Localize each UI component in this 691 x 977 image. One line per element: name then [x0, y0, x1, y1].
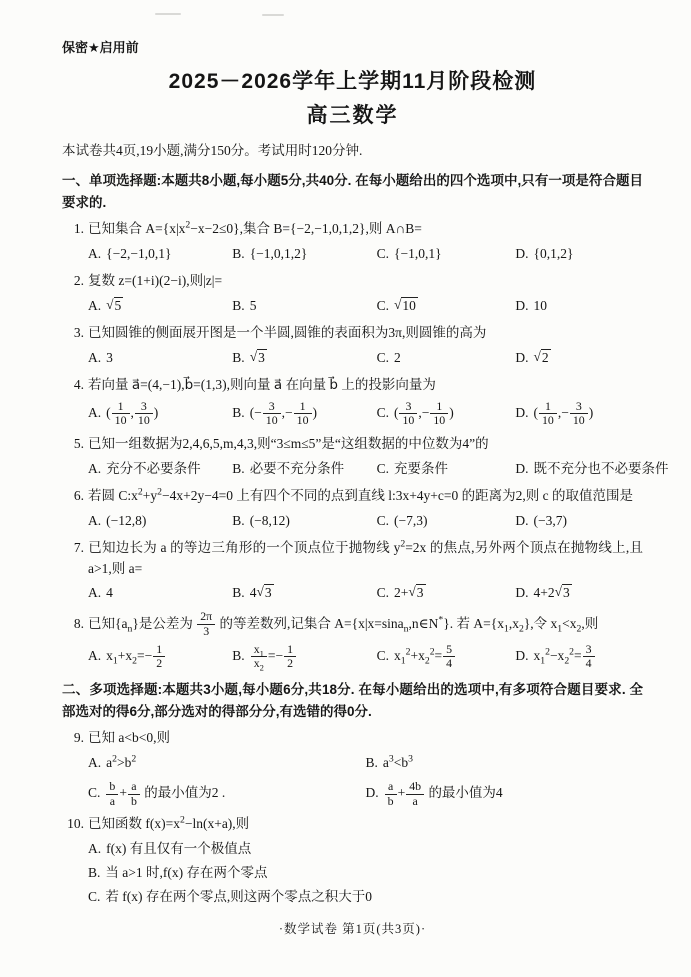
scan-artifact: [262, 14, 284, 16]
option-text: (110,−310): [533, 405, 593, 420]
question-2: 2.复数 z=(1+i)(2−i),则|z|= A.√5 B.5 C.√10 D…: [62, 271, 643, 317]
question-10-options: A.f(x) 有且仅有一个极值点 B.当 a>1 时,f(x) 存在两个零点 C…: [62, 839, 643, 908]
option-d: D.x12−x22=34: [515, 643, 643, 671]
option-text: ba+ab 的最小值为2 .: [105, 785, 225, 800]
option-text: 既不充分也不必要条件: [533, 461, 668, 476]
question-5-options: A.充分不必要条件 B.必要不充分条件 C.充要条件 D.既不充分也不必要条件: [62, 459, 643, 480]
question-stem-text: 已知边长为 a 的等边三角形的一个顶点位于抛物线 y2=2x 的焦点,另外两个顶…: [88, 540, 643, 576]
question-stem-text: 已知函数 f(x)=x2−ln(x+a),则: [88, 816, 249, 831]
option-label: D.: [515, 246, 528, 261]
option-a: A.3: [88, 348, 232, 369]
option-b: B.(−8,12): [232, 511, 376, 532]
option-label: A.: [88, 298, 101, 313]
question-number: 8.: [62, 614, 88, 635]
question-8: 8.已知{an}是公差为 2π3 的等差数列,记集合 A={x|x=sinan,…: [62, 610, 643, 671]
question-4: 4.若向量 a⃗=(4,−1),b⃗=(1,3),则向量 a⃗ 在向量 b⃗ 上…: [62, 375, 643, 428]
option-b: B.x1x2=−12: [232, 643, 376, 671]
option-label: C.: [377, 298, 389, 313]
question-number: 1.: [62, 219, 88, 240]
option-a: A.{−2,−1,0,1}: [88, 244, 232, 265]
option-d: D.(−3,7): [515, 511, 643, 532]
option-text: x1+x2=−12: [106, 648, 166, 663]
option-c: C.若 f(x) 存在两个零点,则这两个零点之积大于0: [88, 887, 643, 908]
option-label: B.: [232, 461, 244, 476]
question-5: 5.已知一组数据为2,4,6,5,m,4,3,则“3≤m≤5”是“这组数据的中位…: [62, 434, 643, 480]
option-d: D.10: [515, 296, 643, 317]
option-a: A.充分不必要条件: [88, 459, 232, 480]
question-number: 3.: [62, 323, 88, 344]
option-label: A.: [88, 585, 101, 600]
question-7-options: A.4 B.4√3 C.2+√3 D.4+2√3: [62, 583, 643, 604]
option-c: C.√10: [377, 296, 516, 317]
option-label: C.: [377, 405, 389, 420]
question-10-stem: 10.已知函数 f(x)=x2−ln(x+a),则: [62, 814, 643, 835]
option-a: A.f(x) 有且仅有一个极值点: [88, 839, 643, 860]
option-c: C.(310,−110): [377, 400, 516, 428]
option-text: √5: [106, 298, 123, 313]
question-5-stem: 5.已知一组数据为2,4,6,5,m,4,3,则“3≤m≤5”是“这组数据的中位…: [62, 434, 643, 455]
option-text: 2: [394, 350, 401, 365]
option-label: A.: [88, 461, 101, 476]
option-text: (310,−110): [394, 405, 454, 420]
option-label: A.: [88, 405, 101, 420]
exam-page: 保密★启用前 2025－2026学年上学期11月阶段检测 高三数学 本试卷共4页…: [0, 0, 691, 977]
option-text: (−8,12): [250, 513, 290, 528]
option-d: D.√2: [515, 348, 643, 369]
question-7: 7.已知边长为 a 的等边三角形的一个顶点位于抛物线 y2=2x 的焦点,另外两…: [62, 538, 643, 605]
option-label: A.: [88, 841, 101, 856]
section1-heading: 一、单项选择题:本题共8小题,每小题5分,共40分. 在每小题给出的四个选项中,…: [62, 170, 643, 213]
option-text: a3<b3: [383, 755, 413, 770]
question-stem-text: 若圆 C:x2+y2−4x+2y−4=0 上有四个不同的点到直线 l:3x+4y…: [88, 488, 633, 503]
option-b: B.当 a>1 时,f(x) 存在两个零点: [88, 863, 643, 884]
option-text: {−2,−1,0,1}: [106, 246, 171, 261]
option-label: C.: [377, 648, 389, 663]
option-label: B.: [232, 648, 244, 663]
option-text: 10: [533, 298, 547, 313]
question-number: 4.: [62, 375, 88, 396]
question-4-stem: 4.若向量 a⃗=(4,−1),b⃗=(1,3),则向量 a⃗ 在向量 b⃗ 上…: [62, 375, 643, 396]
question-number: 2.: [62, 271, 88, 292]
option-text: 若 f(x) 存在两个零点,则这两个零点之积大于0: [105, 889, 372, 904]
question-stem-text: 已知{an}是公差为 2π3 的等差数列,记集合 A={x|x=sinan,n∈…: [88, 616, 598, 631]
option-b: B.√3: [232, 348, 376, 369]
option-label: D.: [515, 350, 528, 365]
option-b: B.a3<b3: [366, 753, 644, 774]
option-label: D.: [515, 648, 528, 663]
question-8-options: A.x1+x2=−12 B.x1x2=−12 C.x12+x22=54 D.x1…: [62, 643, 643, 671]
scan-artifact: [155, 13, 181, 15]
option-c: C.x12+x22=54: [377, 643, 516, 671]
question-stem-text: 已知集合 A={x|x2−x−2≤0},集合 B={−2,−1,0,1,2},则…: [88, 221, 422, 236]
option-text: a2>b2: [106, 755, 136, 770]
question-number: 7.: [62, 538, 88, 559]
option-c: C.2+√3: [377, 583, 516, 604]
question-2-options: A.√5 B.5 C.√10 D.10: [62, 296, 643, 317]
option-b: B.(−310,−110): [232, 400, 376, 428]
option-c: C.(−7,3): [377, 511, 516, 532]
section2-heading: 二、多项选择题:本题共3小题,每小题6分,共18分. 在每小题给出的选项中,有多…: [62, 679, 643, 722]
question-3-options: A.3 B.√3 C.2 D.√2: [62, 348, 643, 369]
exam-subtitle: 高三数学: [62, 100, 643, 133]
option-d: D.既不充分也不必要条件: [515, 459, 643, 480]
option-label: D.: [515, 298, 528, 313]
option-a: A.(110,310): [88, 400, 232, 428]
option-text: (110,310): [106, 405, 158, 420]
option-text: 必要不充分条件: [250, 461, 345, 476]
option-text: {−1,0,1}: [394, 246, 442, 261]
option-d: D.{0,1,2}: [515, 244, 643, 265]
option-text: 充分不必要条件: [106, 461, 201, 476]
option-text: 充要条件: [394, 461, 448, 476]
question-7-stem: 7.已知边长为 a 的等边三角形的一个顶点位于抛物线 y2=2x 的焦点,另外两…: [62, 538, 643, 580]
option-text: x12+x22=54: [394, 648, 456, 663]
option-label: D.: [366, 785, 379, 800]
question-number: 5.: [62, 434, 88, 455]
option-label: B.: [88, 865, 100, 880]
option-text: 当 a>1 时,f(x) 存在两个零点: [105, 865, 267, 880]
option-text: √2: [533, 350, 550, 365]
option-a: A.√5: [88, 296, 232, 317]
question-9-stem: 9.已知 a<b<0,则: [62, 728, 643, 749]
option-text: f(x) 有且仅有一个极值点: [106, 841, 251, 856]
question-stem-text: 若向量 a⃗=(4,−1),b⃗=(1,3),则向量 a⃗ 在向量 b⃗ 上的投…: [88, 377, 436, 392]
option-d: D.4+2√3: [515, 583, 643, 604]
option-text: √3: [250, 350, 267, 365]
option-text: 4√3: [250, 585, 274, 600]
question-10: 10.已知函数 f(x)=x2−ln(x+a),则 A.f(x) 有且仅有一个极…: [62, 814, 643, 908]
option-text: x1x2=−12: [250, 648, 297, 663]
option-c: C.{−1,0,1}: [377, 244, 516, 265]
option-label: D.: [515, 461, 528, 476]
page-footer: ·数学试卷 第1页(共3页)·: [62, 920, 643, 939]
question-number: 10.: [62, 814, 88, 835]
option-label: B.: [232, 585, 244, 600]
option-b: B.必要不充分条件: [232, 459, 376, 480]
option-text: 5: [250, 298, 257, 313]
option-text: (−12,8): [106, 513, 146, 528]
option-text: {0,1,2}: [533, 246, 573, 261]
option-d: D.(110,−310): [515, 400, 643, 428]
question-9: 9.已知 a<b<0,则 A.a2>b2 B.a3<b3 C.ba+ab 的最小…: [62, 728, 643, 808]
option-c: C.ba+ab 的最小值为2 .: [88, 780, 366, 808]
option-label: D.: [515, 585, 528, 600]
question-1-options: A.{−2,−1,0,1} B.{−1,0,1,2} C.{−1,0,1} D.…: [62, 244, 643, 265]
option-label: A.: [88, 246, 101, 261]
question-3: 3.已知圆锥的侧面展开图是一个半圆,圆锥的表面积为3π,则圆锥的高为 A.3 B…: [62, 323, 643, 369]
option-text: x12−x22=34: [533, 648, 595, 663]
question-1: 1.已知集合 A={x|x2−x−2≤0},集合 B={−2,−1,0,1,2}…: [62, 219, 643, 265]
option-label: B.: [232, 246, 244, 261]
option-text: 2+√3: [394, 585, 426, 600]
question-6-stem: 6.若圆 C:x2+y2−4x+2y−4=0 上有四个不同的点到直线 l:3x+…: [62, 486, 643, 507]
question-number: 9.: [62, 728, 88, 749]
option-label: C.: [88, 785, 100, 800]
option-c: C.充要条件: [377, 459, 516, 480]
option-label: A.: [88, 648, 101, 663]
option-label: C.: [377, 513, 389, 528]
option-label: B.: [232, 513, 244, 528]
option-label: C.: [377, 585, 389, 600]
option-text: 4+2√3: [533, 585, 571, 600]
question-6-options: A.(−12,8) B.(−8,12) C.(−7,3) D.(−3,7): [62, 511, 643, 532]
option-a: A.x1+x2=−12: [88, 643, 232, 671]
security-notice: 保密★启用前: [62, 38, 643, 58]
question-2-stem: 2.复数 z=(1+i)(2−i),则|z|=: [62, 271, 643, 292]
option-text: √10: [394, 298, 418, 313]
option-text: ab+4ba 的最小值为4: [384, 785, 503, 800]
question-4-options: A.(110,310) B.(−310,−110) C.(310,−110) D…: [62, 400, 643, 428]
option-label: D.: [515, 513, 528, 528]
option-label: B.: [232, 298, 244, 313]
option-label: A.: [88, 755, 101, 770]
option-a: A.4: [88, 583, 232, 604]
question-1-stem: 1.已知集合 A={x|x2−x−2≤0},集合 B={−2,−1,0,1,2}…: [62, 219, 643, 240]
option-label: C.: [377, 461, 389, 476]
question-8-stem: 8.已知{an}是公差为 2π3 的等差数列,记集合 A={x|x=sinan,…: [62, 610, 643, 638]
option-label: B.: [366, 755, 378, 770]
option-b: B.4√3: [232, 583, 376, 604]
option-b: B.5: [232, 296, 376, 317]
question-stem-text: 复数 z=(1+i)(2−i),则|z|=: [88, 273, 222, 288]
option-label: A.: [88, 350, 101, 365]
exam-info-line: 本试卷共4页,19小题,满分150分。考试用时120分钟.: [62, 141, 643, 162]
option-label: D.: [515, 405, 528, 420]
option-text: (−7,3): [394, 513, 427, 528]
option-label: A.: [88, 513, 101, 528]
option-label: B.: [232, 405, 244, 420]
option-c: C.2: [377, 348, 516, 369]
question-9-options: A.a2>b2 B.a3<b3 C.ba+ab 的最小值为2 . D.ab+4b…: [62, 753, 643, 808]
option-a: A.(−12,8): [88, 511, 232, 532]
option-a: A.a2>b2: [88, 753, 366, 774]
option-text: (−310,−110): [250, 405, 317, 420]
option-label: B.: [232, 350, 244, 365]
option-d: D.ab+4ba 的最小值为4: [366, 780, 644, 808]
option-text: 3: [106, 350, 113, 365]
option-label: C.: [88, 889, 100, 904]
question-stem-text: 已知圆锥的侧面展开图是一个半圆,圆锥的表面积为3π,则圆锥的高为: [88, 325, 486, 340]
option-text: 4: [106, 585, 113, 600]
question-stem-text: 已知 a<b<0,则: [88, 730, 170, 745]
option-text: (−3,7): [533, 513, 566, 528]
option-b: B.{−1,0,1,2}: [232, 244, 376, 265]
question-stem-text: 已知一组数据为2,4,6,5,m,4,3,则“3≤m≤5”是“这组数据的中位数为…: [88, 436, 489, 451]
exam-title: 2025－2026学年上学期11月阶段检测: [62, 68, 643, 96]
question-3-stem: 3.已知圆锥的侧面展开图是一个半圆,圆锥的表面积为3π,则圆锥的高为: [62, 323, 643, 344]
question-6: 6.若圆 C:x2+y2−4x+2y−4=0 上有四个不同的点到直线 l:3x+…: [62, 486, 643, 532]
question-number: 6.: [62, 486, 88, 507]
option-label: C.: [377, 246, 389, 261]
option-label: C.: [377, 350, 389, 365]
option-text: {−1,0,1,2}: [250, 246, 308, 261]
